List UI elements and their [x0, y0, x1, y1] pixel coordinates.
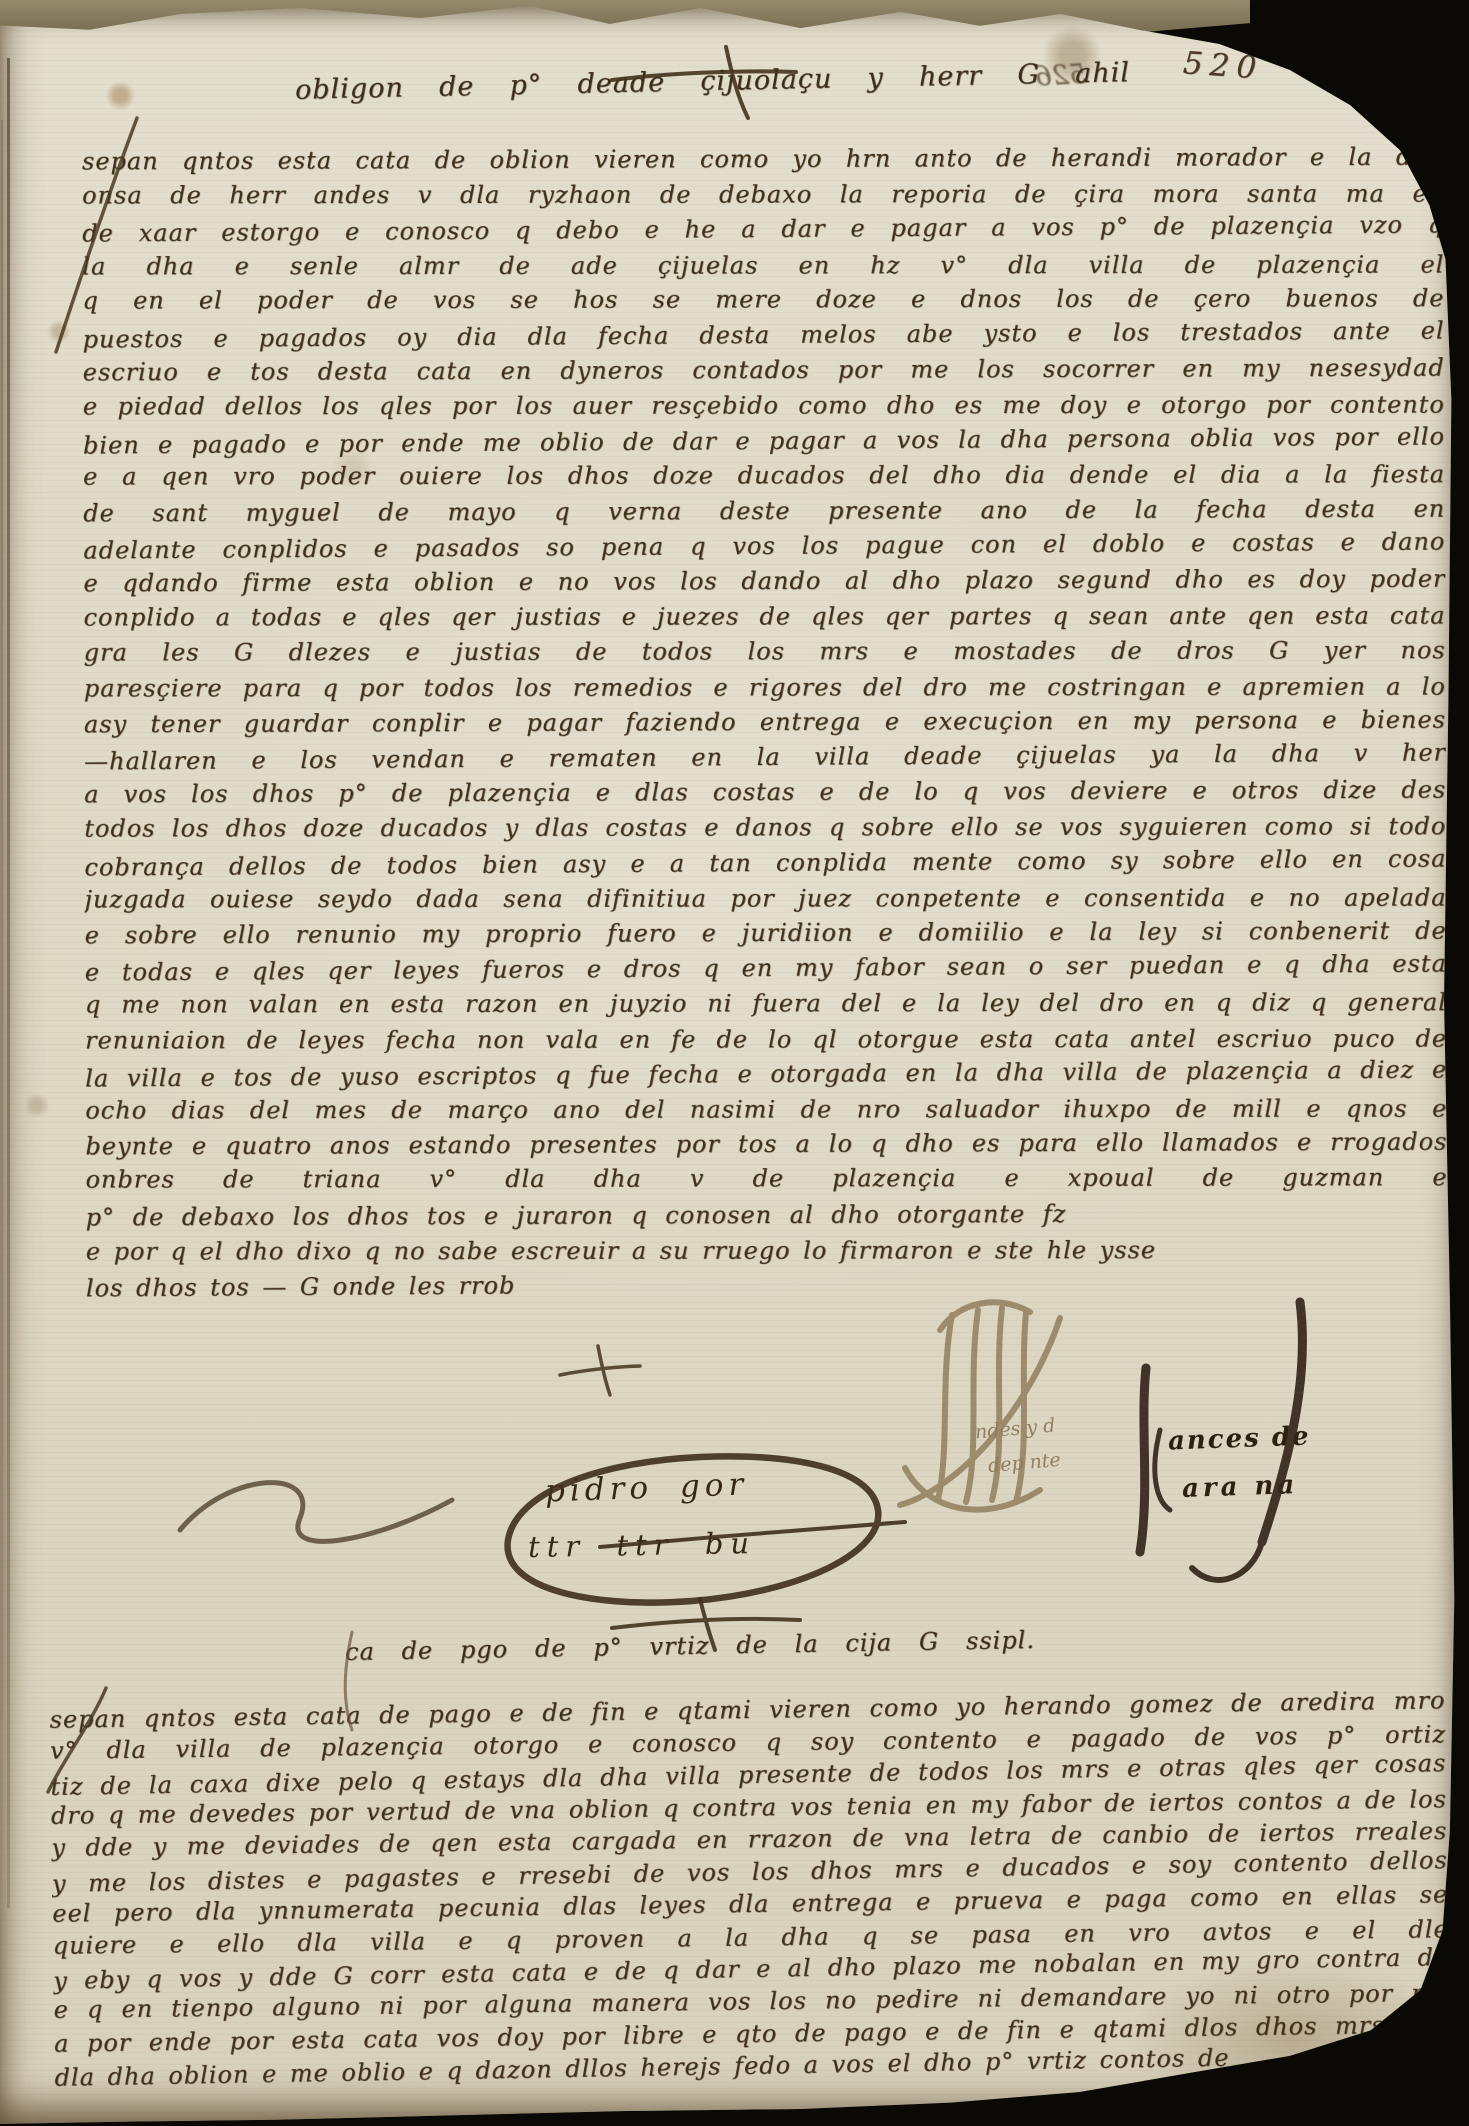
manuscript-line: a vos los dhos p° de plazençia e dlas co… [84, 773, 1446, 813]
flourish-after-lastline [180, 1483, 452, 1542]
cross-mark-inline [560, 1346, 640, 1395]
doc1-body: sepan qntos esta cata de oblion vieren c… [82, 140, 1448, 1341]
manuscript-line: ocho dias del mes de março ano del nasim… [85, 1092, 1447, 1129]
manuscript-line: la dha e senle almr de ade çijuelas en h… [82, 247, 1444, 284]
manuscript-line: q en el poder de vos se hos se mere doze… [82, 281, 1444, 319]
manuscript-page: 520 526 obligon de p° deade çijuolaçu y … [0, 0, 1469, 2126]
manuscript-line: q me non valan en esta razon en juyzio n… [85, 985, 1447, 1023]
manuscript-line: e por q el dho dixo q no sabe escreuir a… [86, 1233, 1312, 1270]
manuscript-line: sepan qntos esta cata de oblion vieren c… [82, 140, 1444, 180]
manuscript-line: escriuo e tos desta cata en dyneros cont… [83, 351, 1445, 391]
manuscript-line: renuniaion de leyes fecha non vala en fe… [85, 1021, 1447, 1058]
binding-crease [1, 120, 3, 1720]
oval-signature-line2: ttr ttr bu [528, 1526, 757, 1564]
manuscript-line: p° de debaxo los dhos tos e juraron q co… [86, 1197, 1067, 1236]
manuscript-line: gra les G dlezes e justias de todos los … [84, 633, 1446, 671]
manuscript-line: e qdando firme esta oblion e no vos los … [83, 562, 1445, 602]
doc1-heading: obligon de p° deade çijuolaçu y herr G a… [295, 57, 1130, 105]
witness-signature-arana: ara na [1182, 1470, 1299, 1504]
manuscript-line: juzgada ouiese seydo dada sena difinitiu… [85, 880, 1447, 917]
manuscript-photo: { "page": { "folio_number": "520", "blee… [0, 0, 1469, 2126]
notary-rubric-text: ndes y d [974, 1415, 1056, 1444]
manuscript-line: paresçiere para q por todos los remedios… [84, 669, 1446, 706]
manuscript-line: conplido a todas e qles qer justias e ju… [84, 599, 1446, 636]
manuscript-line: e a qen vro poder ouiere los dhos doze d… [83, 457, 1445, 495]
manuscript-line: cobrança dellos de todos bien asy e a ta… [84, 841, 1446, 885]
manuscript-line: de xaar estorgo e conosco q debo e he a … [82, 208, 1444, 252]
oval-signature-line1: pidro gor [544, 1466, 748, 1509]
notary-rubric-text: dep nte [987, 1449, 1061, 1477]
manuscript-line: e todas e qles qer leyes fueros e dros q… [85, 947, 1447, 991]
manuscript-line: onbres de triana v° dla dha v de plazenç… [86, 1161, 1448, 1199]
witness-signature-arana: ances de [1168, 1422, 1312, 1457]
doc2-body: sepan qntos esta cata de pago e de fin e… [49, 1684, 1450, 2092]
manuscript-line: beynte e quatro anos estando presentes p… [85, 1125, 1447, 1165]
binding-crease [7, 58, 10, 1908]
doc2-heading: ca de pgo de p° vrtiz de la cija G ssipl… [345, 1626, 1035, 1666]
manuscript-line: bien e pagado e por ende me oblio de dar… [83, 419, 1445, 463]
manuscript-line: e piedad dellos los qles por los auer re… [83, 388, 1445, 425]
manuscript-line: los dhos tos — G onde les rrob [86, 1267, 713, 1306]
folio-number: 520 [1182, 45, 1264, 87]
manuscript-line: la villa e tos de yuso escriptos q fue f… [85, 1052, 1447, 1096]
manuscript-line: todos los dhos doze ducados y dlas costa… [84, 809, 1446, 847]
